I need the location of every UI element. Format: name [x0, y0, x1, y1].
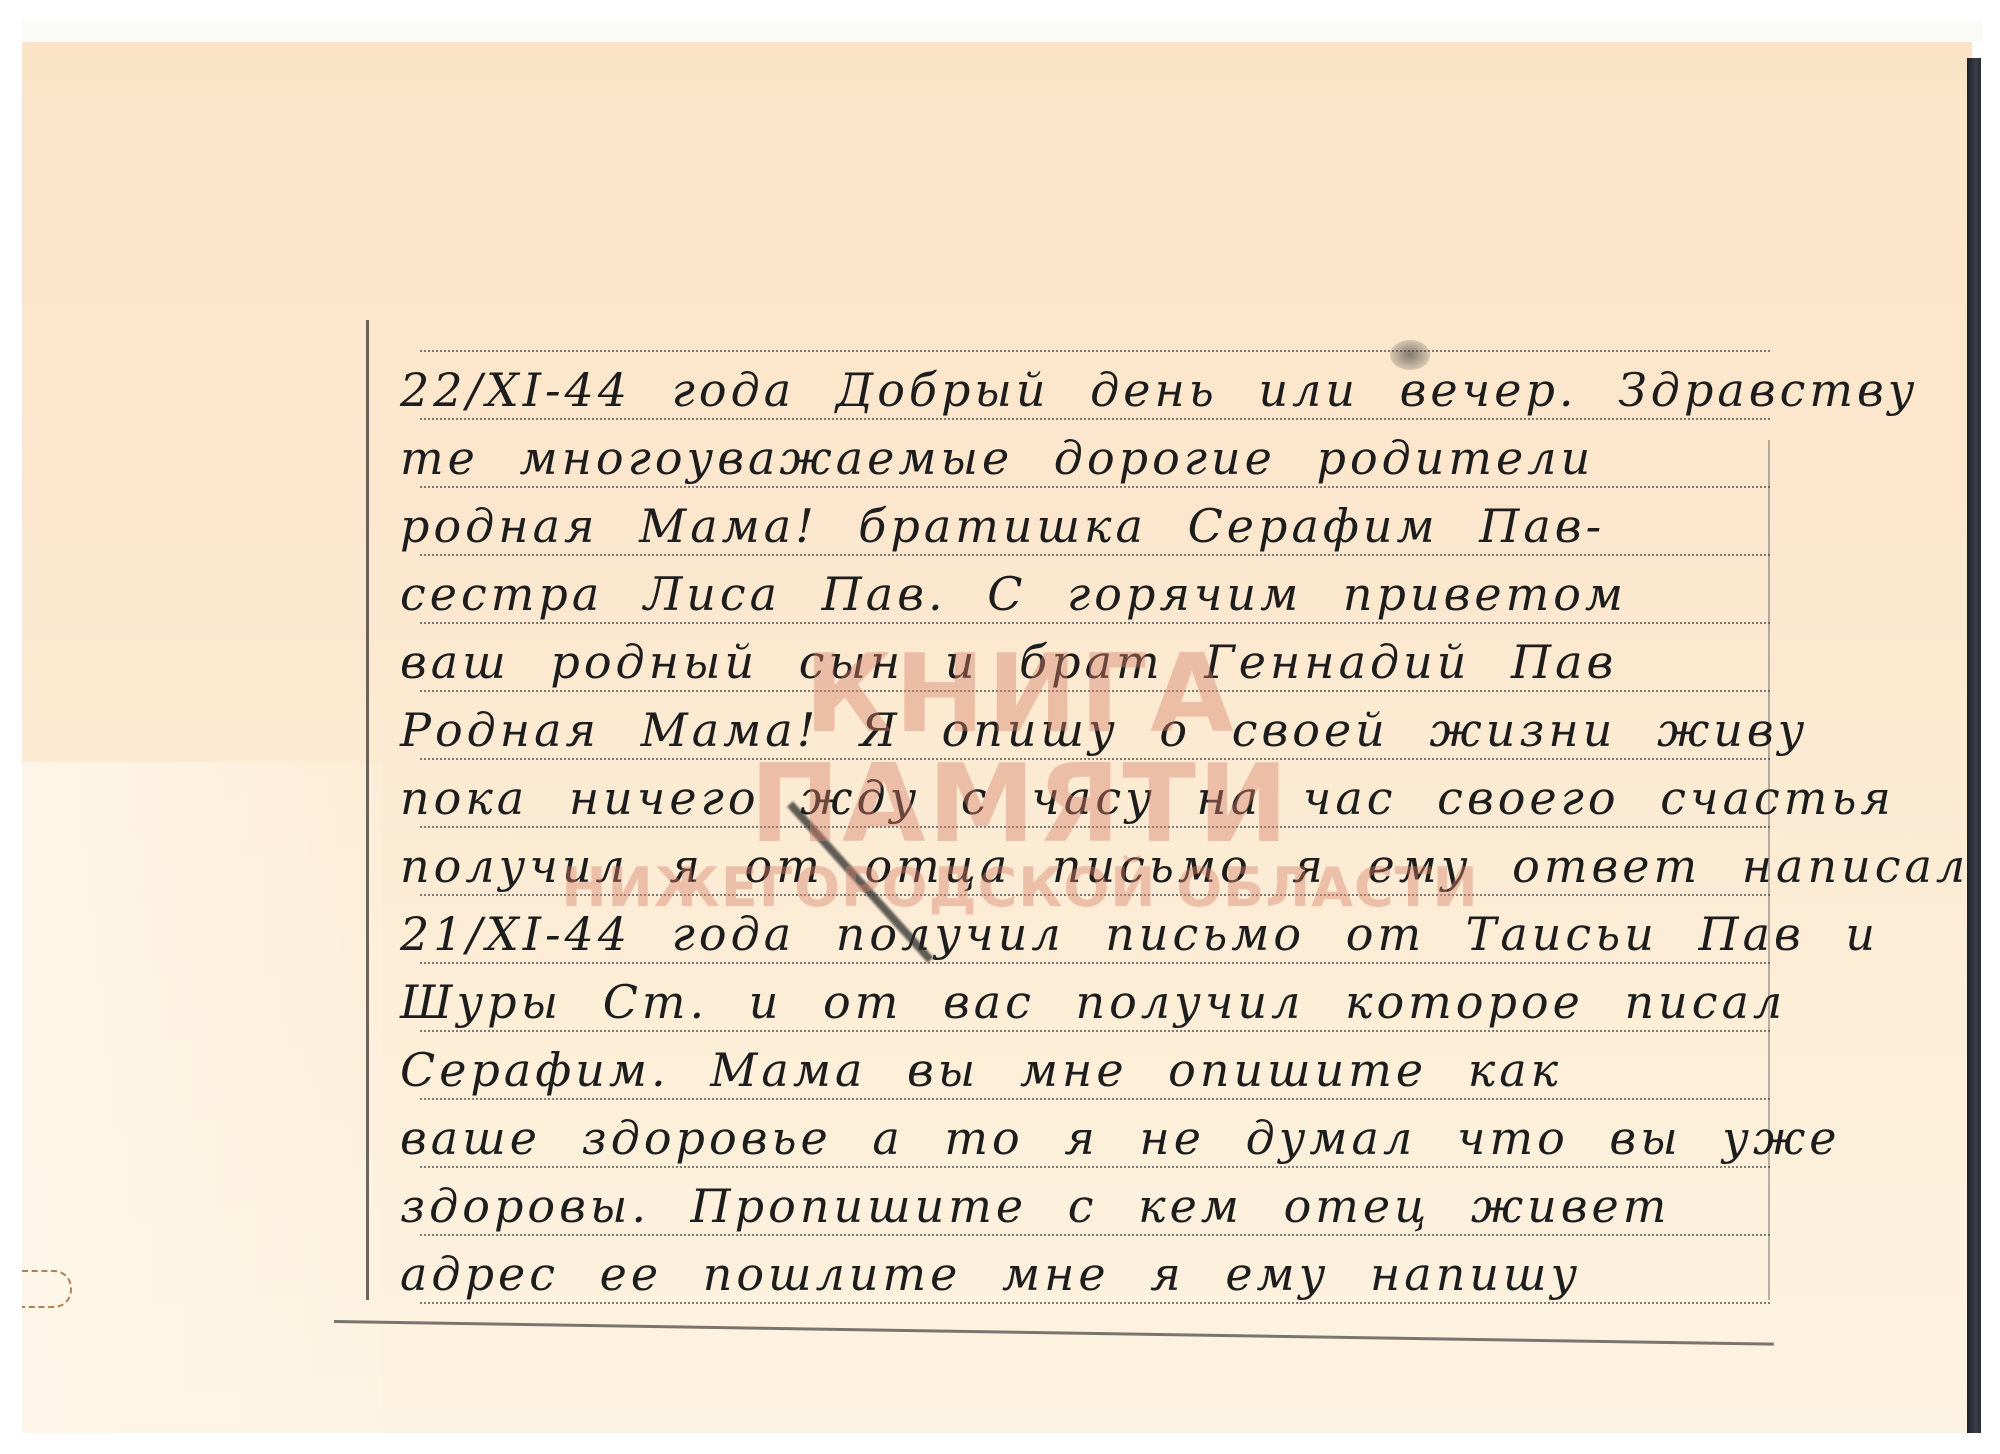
- frame-left-border: [366, 320, 369, 1300]
- ink-blot: [1390, 340, 1430, 370]
- ruled-line: [420, 350, 1770, 352]
- staple-hole-mark: [22, 1270, 72, 1308]
- letter-line-4: сестра Лиса Пав. С горячим приветом: [400, 564, 1820, 624]
- letter-line-14: адрес ее пошлите мне я ему напишу: [400, 1244, 1820, 1304]
- letter-line-12: ваше здоровье а то я не думал что вы уже: [400, 1108, 1820, 1168]
- letter-line-11: Серафим. Мама вы мне опишите как: [400, 1040, 1820, 1100]
- letter-line-1: 22/XI-44 года Добрый день или вечер. Здр…: [400, 360, 1820, 420]
- letter-line-10: Шуры Ст. и от вас получил которое писал: [400, 972, 1820, 1032]
- watermark-line-1: КНИГА ПАМЯТИ: [540, 640, 1500, 860]
- scan-top-margin: [22, 20, 1982, 42]
- watermark-line-2: НИЖЕГОРОДСКОЙ ОБЛАСТИ: [540, 860, 1500, 916]
- watermark: КНИГА ПАМЯТИ НИЖЕГОРОДСКОЙ ОБЛАСТИ: [540, 640, 1500, 916]
- paper-discoloration: [22, 762, 382, 1433]
- letter-line-2: те многоуважаемые дорогие родители: [400, 428, 1820, 488]
- scan-right-edge-shadow: [1967, 58, 1981, 1433]
- letter-line-3: родная Мама! братишка Серафим Пав-: [400, 496, 1820, 556]
- letter-line-13: здоровы. Пропишите с кем отец живет: [400, 1176, 1820, 1236]
